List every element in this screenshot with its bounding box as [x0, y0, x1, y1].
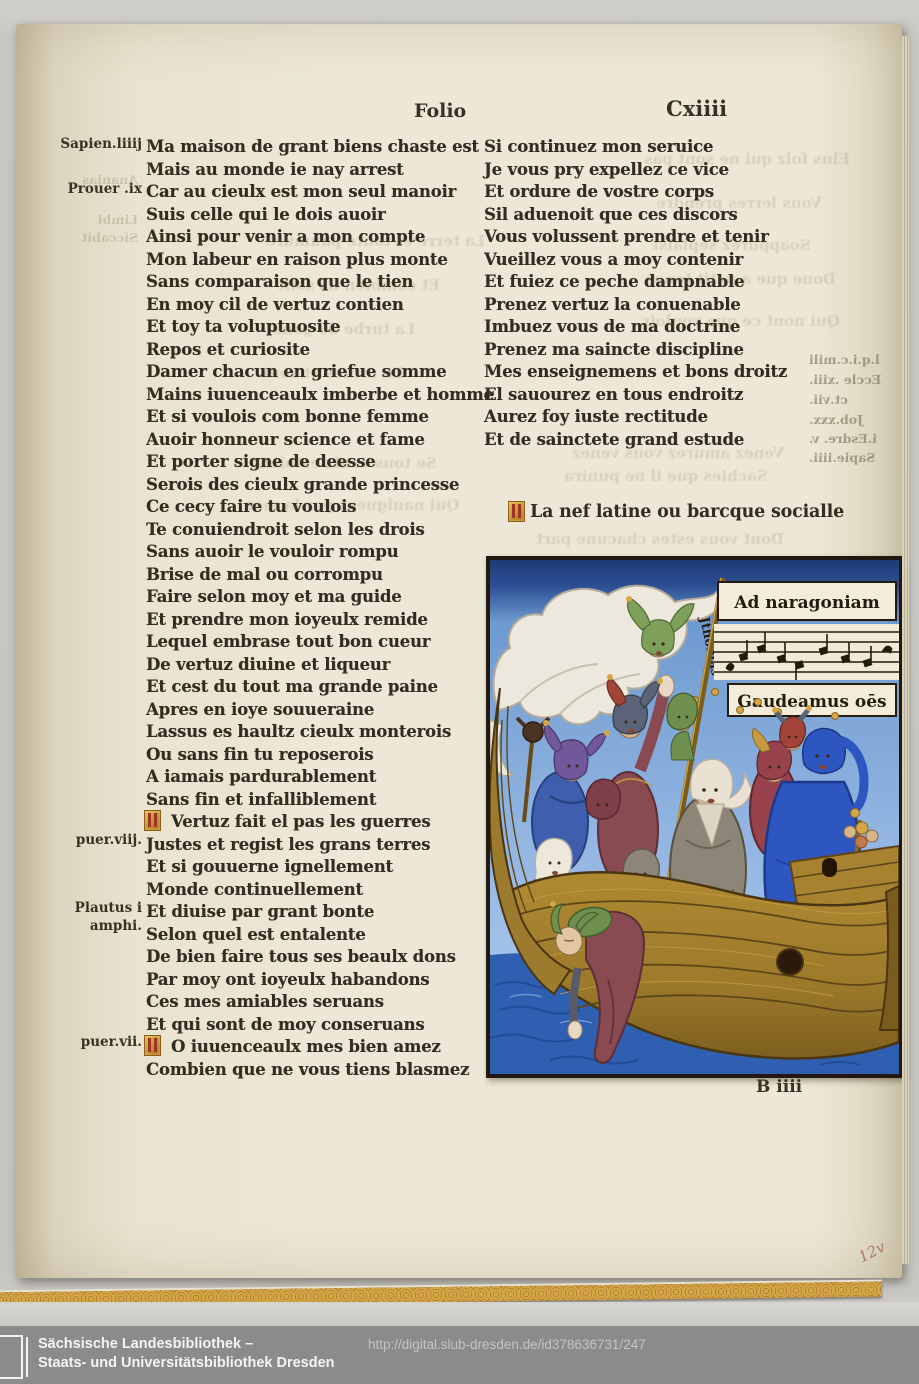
library-name: Sächsische Landesbibliothek – Staats- un…	[38, 1335, 335, 1373]
verse-line: Et cest du tout ma grande paine	[146, 676, 498, 699]
slub-logo	[0, 1335, 23, 1379]
right-margin-show-through: l.q.i.c.miliEccle .xiii.ct.vii.Job.xxx.i…	[809, 24, 919, 524]
verse-line: Et si gouuerne ignellement	[146, 856, 498, 879]
verse-line: Sans fin et infalliblement	[146, 789, 498, 812]
show-through-note: Eccle .xiii.	[809, 372, 881, 387]
verse-line: De vertuz diuine et liqueur	[146, 654, 498, 677]
left-margin-show-through: AnaniasLimbiSiccabit	[46, 24, 138, 324]
verse-line: El sauourez en tous endroitz	[484, 384, 814, 407]
show-through-line: Soappurez seplaist	[652, 236, 811, 254]
verse-line: A iamais pardurablement	[146, 766, 498, 789]
verse-line: Par moy ont ioyeulx habandons	[146, 969, 498, 992]
library-name-line1: Sächsische Landesbibliothek –	[38, 1335, 335, 1354]
cradle-cloth	[0, 1302, 919, 1326]
verse-line: Selon quel est entalente	[146, 924, 498, 947]
verse-line: O iuuenceaulx mes bien amez	[146, 1036, 498, 1059]
verse-line: Faire selon moy et ma guide	[146, 586, 498, 609]
verse-line: Et diuise par grant bonte	[146, 901, 498, 924]
show-through-line: La terre et toute paumure	[266, 232, 485, 250]
verse-line: Aurez foy iuste rectitude	[484, 406, 814, 429]
library-name-line2: Staats- und Universitätsbibliothek Dresd…	[38, 1354, 335, 1373]
running-header-folio: Folio	[414, 100, 466, 122]
library-footer-bar: Sächsische Landesbibliothek – Staats- un…	[0, 1326, 919, 1384]
banner-title: Ad naragoniam	[733, 593, 879, 613]
show-through-line: La turbe de gens	[274, 320, 415, 338]
digital-collection-url: http://digital.slub-dresden.de/id3786367…	[368, 1337, 646, 1352]
verse-line: Sans auoir le vouloir rompu	[146, 541, 498, 564]
margin-note: puer.vii.	[44, 1034, 142, 1050]
margin-note: puer.viij.	[44, 832, 142, 848]
verse-line: Mais au monde ie nay arrest	[146, 159, 498, 182]
margin-note: amphi.	[44, 918, 142, 934]
music-panel: Ad naragoniam	[714, 582, 899, 716]
verse-line: Prenez ma saincte discipline	[484, 339, 814, 362]
show-through-note: ct.vii.	[809, 392, 848, 407]
fool-maroon-hood	[586, 779, 620, 820]
verse-line: Lequel embrase tout bon cueur	[146, 631, 498, 654]
verse-line: Brise de mal ou corrompu	[146, 564, 498, 587]
show-through-note: Ananias	[46, 172, 138, 187]
show-through-note: i.Esdre. v.	[809, 431, 877, 446]
illuminated-paragraph-mark	[144, 810, 161, 831]
gathering-signature: B iiii	[756, 1077, 802, 1097]
porthole	[777, 949, 803, 975]
verse-line: Monde continuellement	[146, 879, 498, 902]
verse-line: Serois des cieulx grande princesse	[146, 474, 498, 497]
right-text-column: Si continuez mon seruiceJe vous pry expe…	[484, 136, 814, 451]
verse-line: Auoir honneur science et fame	[146, 429, 498, 452]
show-through-note: Job.xxx.	[809, 412, 863, 427]
verse-line: Car au cieulx est mon seul manoir	[146, 181, 498, 204]
verse-line: Et si voulois com bonne femme	[146, 406, 498, 429]
folio-number: Cxiiii	[666, 96, 727, 121]
show-through-note: Siccabit	[46, 230, 138, 245]
verse-line: Ma maison de grant biens chaste est	[146, 136, 498, 159]
margin-note: Plautus i	[44, 900, 142, 916]
verse-line: Ces mes amiables seruans	[146, 991, 498, 1014]
show-through-line: Qui nauiguent par la mer	[246, 496, 459, 514]
show-through-line: Doue que a petit tenez	[646, 270, 836, 288]
show-through-line: Et combien ils sont	[278, 276, 440, 294]
verse-line: Mains iuuenceaulx imberbe et homme	[146, 384, 498, 407]
verse-line: Et prendre mon ioyeulx remide	[146, 609, 498, 632]
verse-line: Mon labeur en raison plus monte	[146, 249, 498, 272]
verse-line: Combien que ne vous tiens blasmez	[146, 1059, 498, 1082]
show-through-line: Dont vous estes chacune part	[536, 530, 784, 548]
ship-of-fools-miniature: Jthomas Ad naragoniam	[486, 556, 903, 1078]
illuminated-paragraph-mark	[508, 501, 525, 522]
verse-line: De bien faire tous ses beaulx dons	[146, 946, 498, 969]
chapter-caption: La nef latine ou barcque socialle	[530, 502, 844, 522]
verse-line: En moy cil de vertuz contien	[146, 294, 498, 317]
show-through-line: Se tous ceulx estoient	[252, 454, 437, 472]
verse-line: Justes et regist les grans terres	[146, 834, 498, 857]
show-through-line: En armes et sont	[262, 364, 404, 382]
show-through-note: Sapie.iiii.	[809, 450, 875, 465]
verse-line: Mes enseignemens et bons droitz	[484, 361, 814, 384]
verse-line: Te conuiendroit selon les drois	[146, 519, 498, 542]
show-through-note: Limbi	[46, 212, 138, 227]
verse-line: Et qui sont de moy conseruans	[146, 1014, 498, 1037]
show-through-line: Venez amurez vous venez	[572, 444, 784, 462]
verse-line: Ou sans fin tu reposerois	[146, 744, 498, 767]
book-page: Folio Cxiiii Sapien.liiijProuer .ixpuer.…	[16, 24, 902, 1278]
verse-line: Vertuz fait el pas les guerres	[146, 811, 498, 834]
manuscript-scan: Folio Cxiiii Sapien.liiijProuer .ixpuer.…	[0, 0, 919, 1384]
verse-line: Lassus es haultz cieulx monterois	[146, 721, 498, 744]
show-through-line: Vous lerres prendre	[656, 194, 822, 212]
verse-line: Apres en ioye souueraine	[146, 699, 498, 722]
verse-line: Suis celle qui le dois auoir	[146, 204, 498, 227]
verse-line: Repos et curiosite	[146, 339, 498, 362]
show-through-note: l.q.i.c.mili	[809, 352, 880, 367]
show-through-line: Sachies que il ne punira	[564, 467, 768, 485]
illuminated-paragraph-mark	[144, 1035, 161, 1056]
